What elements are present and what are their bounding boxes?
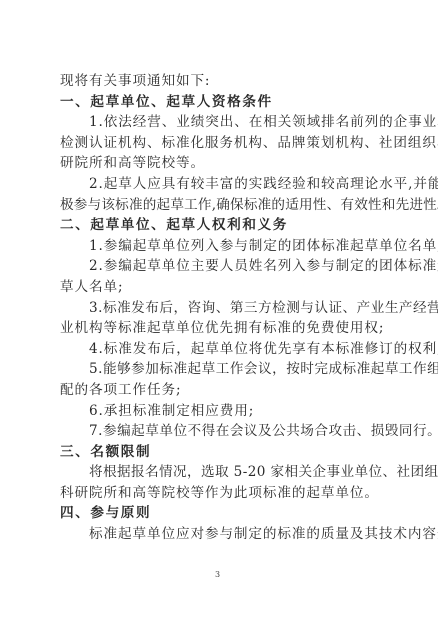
paragraph-line: 7.参编起草单位不得在会议及公共场合攻击、损毁同行。: [60, 421, 384, 442]
paragraph-line: 6.承担标准制定相应费用;: [60, 401, 384, 422]
paragraph-line: 配的各项工作任务;: [60, 380, 384, 401]
paragraph-line: 4.标准发布后，起草单位将优先享有本标准修订的权利;: [60, 339, 384, 360]
paragraph-line: 极参与该标准的起草工作,确保标准的适用性、有效性和先进性。: [60, 195, 384, 216]
paragraph-line: 1.参编起草单位列入参与制定的团体标准起草单位名单;: [60, 236, 384, 257]
paragraph-line: 3.标准发布后，咨询、第三方检测与认证、产业生产经营从: [60, 298, 384, 319]
paragraph-line: 研院所和高等院校等。: [60, 153, 384, 174]
document-body: 现将有关事项通知如下: 一、起草单位、起草人资格条件 1.依法经营、业绩突出、在…: [60, 71, 384, 545]
paragraph-line: 将根据报名情况，选取 5-20 家相关企事业单位、社团组织、: [60, 462, 384, 483]
intro-line: 现将有关事项通知如下:: [60, 71, 384, 92]
paragraph-line: 5.能够参加标准起草工作会议，按时完成标准起草工作组分: [60, 359, 384, 380]
section-heading-1: 一、起草单位、起草人资格条件: [60, 92, 384, 113]
paragraph-line: 1.依法经营、业绩突出、在相关领域排名前列的企事业单位、: [60, 112, 384, 133]
paragraph-line: 检测认证机构、标准化服务机构、品牌策划机构、社团组织、科: [60, 133, 384, 154]
section-heading-2: 二、起草单位、起草人权利和义务: [60, 215, 384, 236]
page-number: 3: [215, 570, 220, 579]
paragraph-line: 2.参编起草单位主要人员姓名列入参与制定的团体标准起: [60, 256, 384, 277]
paragraph-line: 业机构等标准起草单位优先拥有标准的免费使用权;: [60, 318, 384, 339]
paragraph-line: 草人名单;: [60, 277, 384, 298]
paragraph-line: 标准起草单位应对参与制定的标准的质量及其技术内容全: [60, 524, 384, 545]
section-heading-3: 三、名额限制: [60, 442, 384, 463]
section-heading-4: 四、参与原则: [60, 503, 384, 524]
paragraph-line: 科研院所和高等院校等作为此项标准的起草单位。: [60, 483, 384, 504]
paragraph-line: 2.起草人应具有较丰富的实践经验和较高理论水平,并能积: [60, 174, 384, 195]
